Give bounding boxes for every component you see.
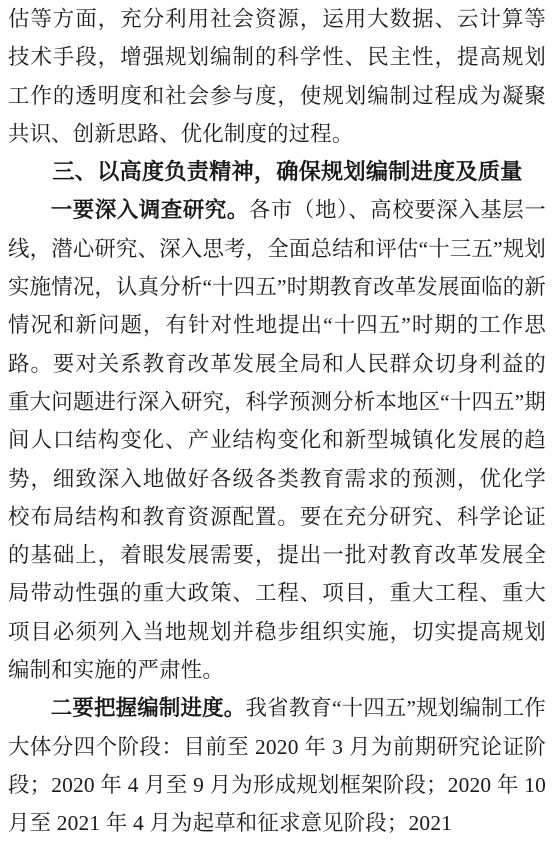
paragraph-continuation-text: 估等方面，充分利用社会资源，运用大数据、云计算等技术手段，增强规划编制的科学性、… [8,7,546,146]
paragraph-point-one: 一要深入调查研究。各市（地）、高校要深入基层一线，潜心研究、深入思考，全面总结和… [8,191,546,689]
document-page: 估等方面，充分利用社会资源，运用大数据、云计算等技术手段，增强规划编制的科学性、… [0,0,554,843]
section-heading-text: 三、以高度负责精神，确保规划编制进度及质量 [52,159,522,184]
paragraph-continuation: 估等方面，充分利用社会资源，运用大数据、云计算等技术手段，增强规划编制的科学性、… [8,0,546,153]
paragraph-point-one-text: 各市（地）、高校要深入基层一线，潜心研究、深入思考，全面总结和评估“十三五”规划… [8,198,546,682]
section-heading: 三、以高度负责精神，确保规划编制进度及质量 [8,153,546,191]
paragraph-point-two: 二要把握编制进度。我省教育“十四五”规划编制工作大体分四个阶段：目前至 2020… [8,689,546,842]
paragraph-point-two-lead: 二要把握编制进度。 [51,696,246,720]
paragraph-point-one-lead: 一要深入调查研究。 [51,198,249,222]
